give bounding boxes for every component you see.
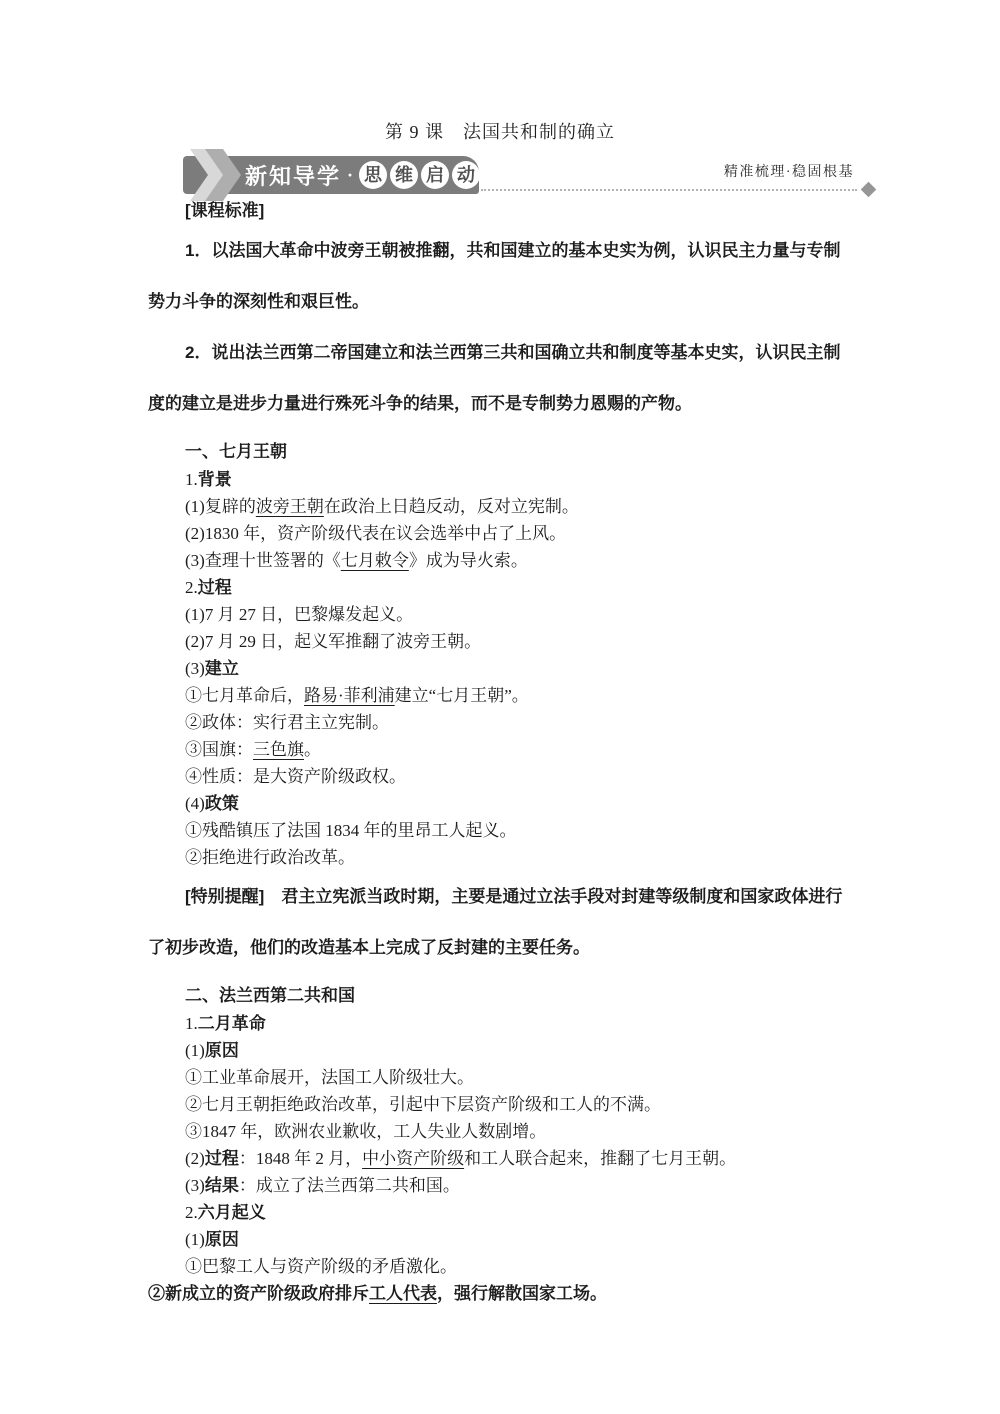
text-block: ②新成立的资产阶级政府排斥工人代表，强行解散国家工场。 [148,1280,854,1307]
banner-content: 新知导学 · 思维启动 [245,156,480,194]
underlined-term: 三色旗 [253,740,304,759]
text-block: (2)7 月 29 日，起义军推翻了波旁王朝。 [148,628,854,655]
text-segment: (3) [185,659,205,678]
text-segment: (1)7 月 27 日，巴黎爆发起义。 [185,605,413,624]
banner-circle: 动 [452,161,480,189]
text-segment: 2. [185,578,198,597]
text-segment: ③国旗： [185,740,253,759]
text-segment: 一、七月王朝 [185,442,287,461]
text-segment: 2．说出法兰西第二帝国建立和法兰西第三共和国确立共和制度等基本史实，认识民主制度… [148,343,840,413]
text-block: ①工业革命展开，法国工人阶级壮大。 [148,1064,854,1091]
text-block: (1)原因 [148,1226,854,1253]
text-segment: (1) [185,1230,205,1249]
text-block: (3)结果：成立了法兰西第二共和国。 [148,1172,854,1199]
text-block: 2.六月起义 [148,1199,854,1226]
text-segment: ②七月王朝拒绝政治改革，引起中下层资产阶级和工人的不满。 [185,1095,661,1114]
content: [课程标准]1．以法国大革命中波旁王朝被推翻，共和国建立的基本史实为例，认识民主… [148,197,854,1307]
underlined-term: 路易·菲利浦 [304,686,395,705]
banner-left-label: 新知导学 [245,160,341,191]
text-segment: 二、法兰西第二共和国 [185,986,355,1005]
banner-circle: 思 [359,161,387,189]
text-segment: ①七月革命后， [185,686,304,705]
text-block: 1．以法国大革命中波旁王朝被推翻，共和国建立的基本史实为例，认识民主力量与专制势… [148,225,854,327]
text-segment: (2)7 月 29 日，起义军推翻了波旁王朝。 [185,632,481,651]
text-segment: 和工人联合起来，推翻了七月王朝。 [464,1149,736,1168]
text-segment: ②拒绝进行政治改革。 [185,848,355,867]
text-block: (2)1830 年，资产阶级代表在议会选举中占了上风。 [148,520,854,547]
page-title: 第 9 课 法国共和制的确立 [148,118,852,144]
text-segment: 结果 [205,1176,239,1195]
text-block: ②政体：实行君主立宪制。 [148,709,854,736]
document-page: 第 9 课 法国共和制的确立 新知导学 · 思维启动 精准梳理·稳固根基 [课程… [0,0,1000,1414]
text-segment: ①巴黎工人与资产阶级的矛盾激化。 [185,1257,457,1276]
text-block: 1.背景 [148,466,854,493]
underlined-term: 中小资产阶级 [362,1149,464,1168]
text-segment: ①残酷镇压了法国 1834 年的里昂工人起义。 [185,821,517,840]
text-segment: 二月革命 [198,1014,266,1033]
text-segment: ②新成立的资产阶级政府排斥 [148,1284,369,1303]
text-segment: 政策 [205,794,239,813]
text-segment: 六月起义 [198,1203,266,1222]
text-block: (1)原因 [148,1037,854,1064]
text-segment: ：成立了法兰西第二共和国。 [239,1176,460,1195]
text-segment: ③1847 年，欧洲农业歉收，工人失业人数剧增。 [185,1122,546,1141]
text-segment: (1)复辟的 [185,497,256,516]
text-block: (2)过程：1848 年 2 月，中小资产阶级和工人联合起来，推翻了七月王朝。 [148,1145,854,1172]
text-block: ③国旗：三色旗。 [148,736,854,763]
text-block: (1)7 月 27 日，巴黎爆发起义。 [148,601,854,628]
text-block: (3)查理十世签署的《七月敕令》成为导火索。 [148,547,854,574]
diamond-icon [861,182,877,198]
text-segment: 2. [185,1203,198,1222]
text-segment: 原因 [205,1041,239,1060]
text-block: ③1847 年，欧洲农业歉收，工人失业人数剧增。 [148,1118,854,1145]
text-segment: 。 [304,740,321,759]
text-block: 二、法兰西第二共和国 [148,982,854,1010]
banner-right-label: 精准梳理·稳固根基 [724,161,854,181]
banner-circle: 启 [421,161,449,189]
text-segment: ②政体：实行君主立宪制。 [185,713,389,732]
text-block: ④性质：是大资产阶级政权。 [148,763,854,790]
text-block: (1)复辟的波旁王朝在政治上日趋反动，反对立宪制。 [148,493,854,520]
text-segment: (2) [185,1149,205,1168]
text-block: 2．说出法兰西第二帝国建立和法兰西第三共和国确立共和制度等基本史实，认识民主制度… [148,327,854,429]
text-segment: (1) [185,1041,205,1060]
text-segment: ：1848 年 2 月， [239,1149,362,1168]
dotted-divider [481,189,857,191]
text-block: 2.过程 [148,574,854,601]
text-segment: (3)查理十世签署的《 [185,551,341,570]
text-block: (4)政策 [148,790,854,817]
underlined-term: 工人代表 [369,1284,437,1303]
text-block: 1.二月革命 [148,1010,854,1037]
text-segment: 建立“七月王朝”。 [395,686,529,705]
text-block: [课程标准] [148,197,854,225]
text-segment: (4) [185,794,205,813]
text-segment: 建立 [205,659,239,678]
text-block: (3)建立 [148,655,854,682]
underlined-term: 波旁王朝 [256,497,324,516]
text-segment: (3) [185,1176,205,1195]
section-banner: 新知导学 · 思维启动 [183,156,479,194]
text-segment: 1. [185,470,198,489]
banner-separator-dot: · [346,165,354,186]
text-segment: 过程 [198,578,232,597]
text-block: ①七月革命后，路易·菲利浦建立“七月王朝”。 [148,682,854,709]
text-segment: 过程 [205,1149,239,1168]
text-segment: 1. [185,1014,198,1033]
banner-circle: 维 [390,161,418,189]
text-segment: 1．以法国大革命中波旁王朝被推翻，共和国建立的基本史实为例，认识民主力量与专制势… [148,241,840,311]
text-segment: [特别提醒] 君主立宪派当政时期，主要是通过立法手段对封建等级制度和国家政体进行… [148,887,842,957]
text-segment: 》成为导火索。 [409,551,528,570]
text-segment: 原因 [205,1230,239,1249]
text-block: ①残酷镇压了法国 1834 年的里昂工人起义。 [148,817,854,844]
text-segment: ，强行解散国家工场。 [437,1284,607,1303]
text-block: [特别提醒] 君主立宪派当政时期，主要是通过立法手段对封建等级制度和国家政体进行… [148,871,854,973]
text-segment: [课程标准] [185,201,264,220]
text-segment: 在政治上日趋反动，反对立宪制。 [324,497,579,516]
underlined-term: 七月敕令 [341,551,409,570]
text-block: ②拒绝进行政治改革。 [148,844,854,871]
text-segment: ④性质：是大资产阶级政权。 [185,767,406,786]
text-block: 一、七月王朝 [148,438,854,466]
banner-circles: 思维启动 [359,161,480,189]
text-segment: 背景 [198,470,232,489]
text-block: ①巴黎工人与资产阶级的矛盾激化。 [148,1253,854,1280]
text-block: ②七月王朝拒绝政治改革，引起中下层资产阶级和工人的不满。 [148,1091,854,1118]
text-segment: ①工业革命展开，法国工人阶级壮大。 [185,1068,474,1087]
text-segment: (2)1830 年，资产阶级代表在议会选举中占了上风。 [185,524,566,543]
